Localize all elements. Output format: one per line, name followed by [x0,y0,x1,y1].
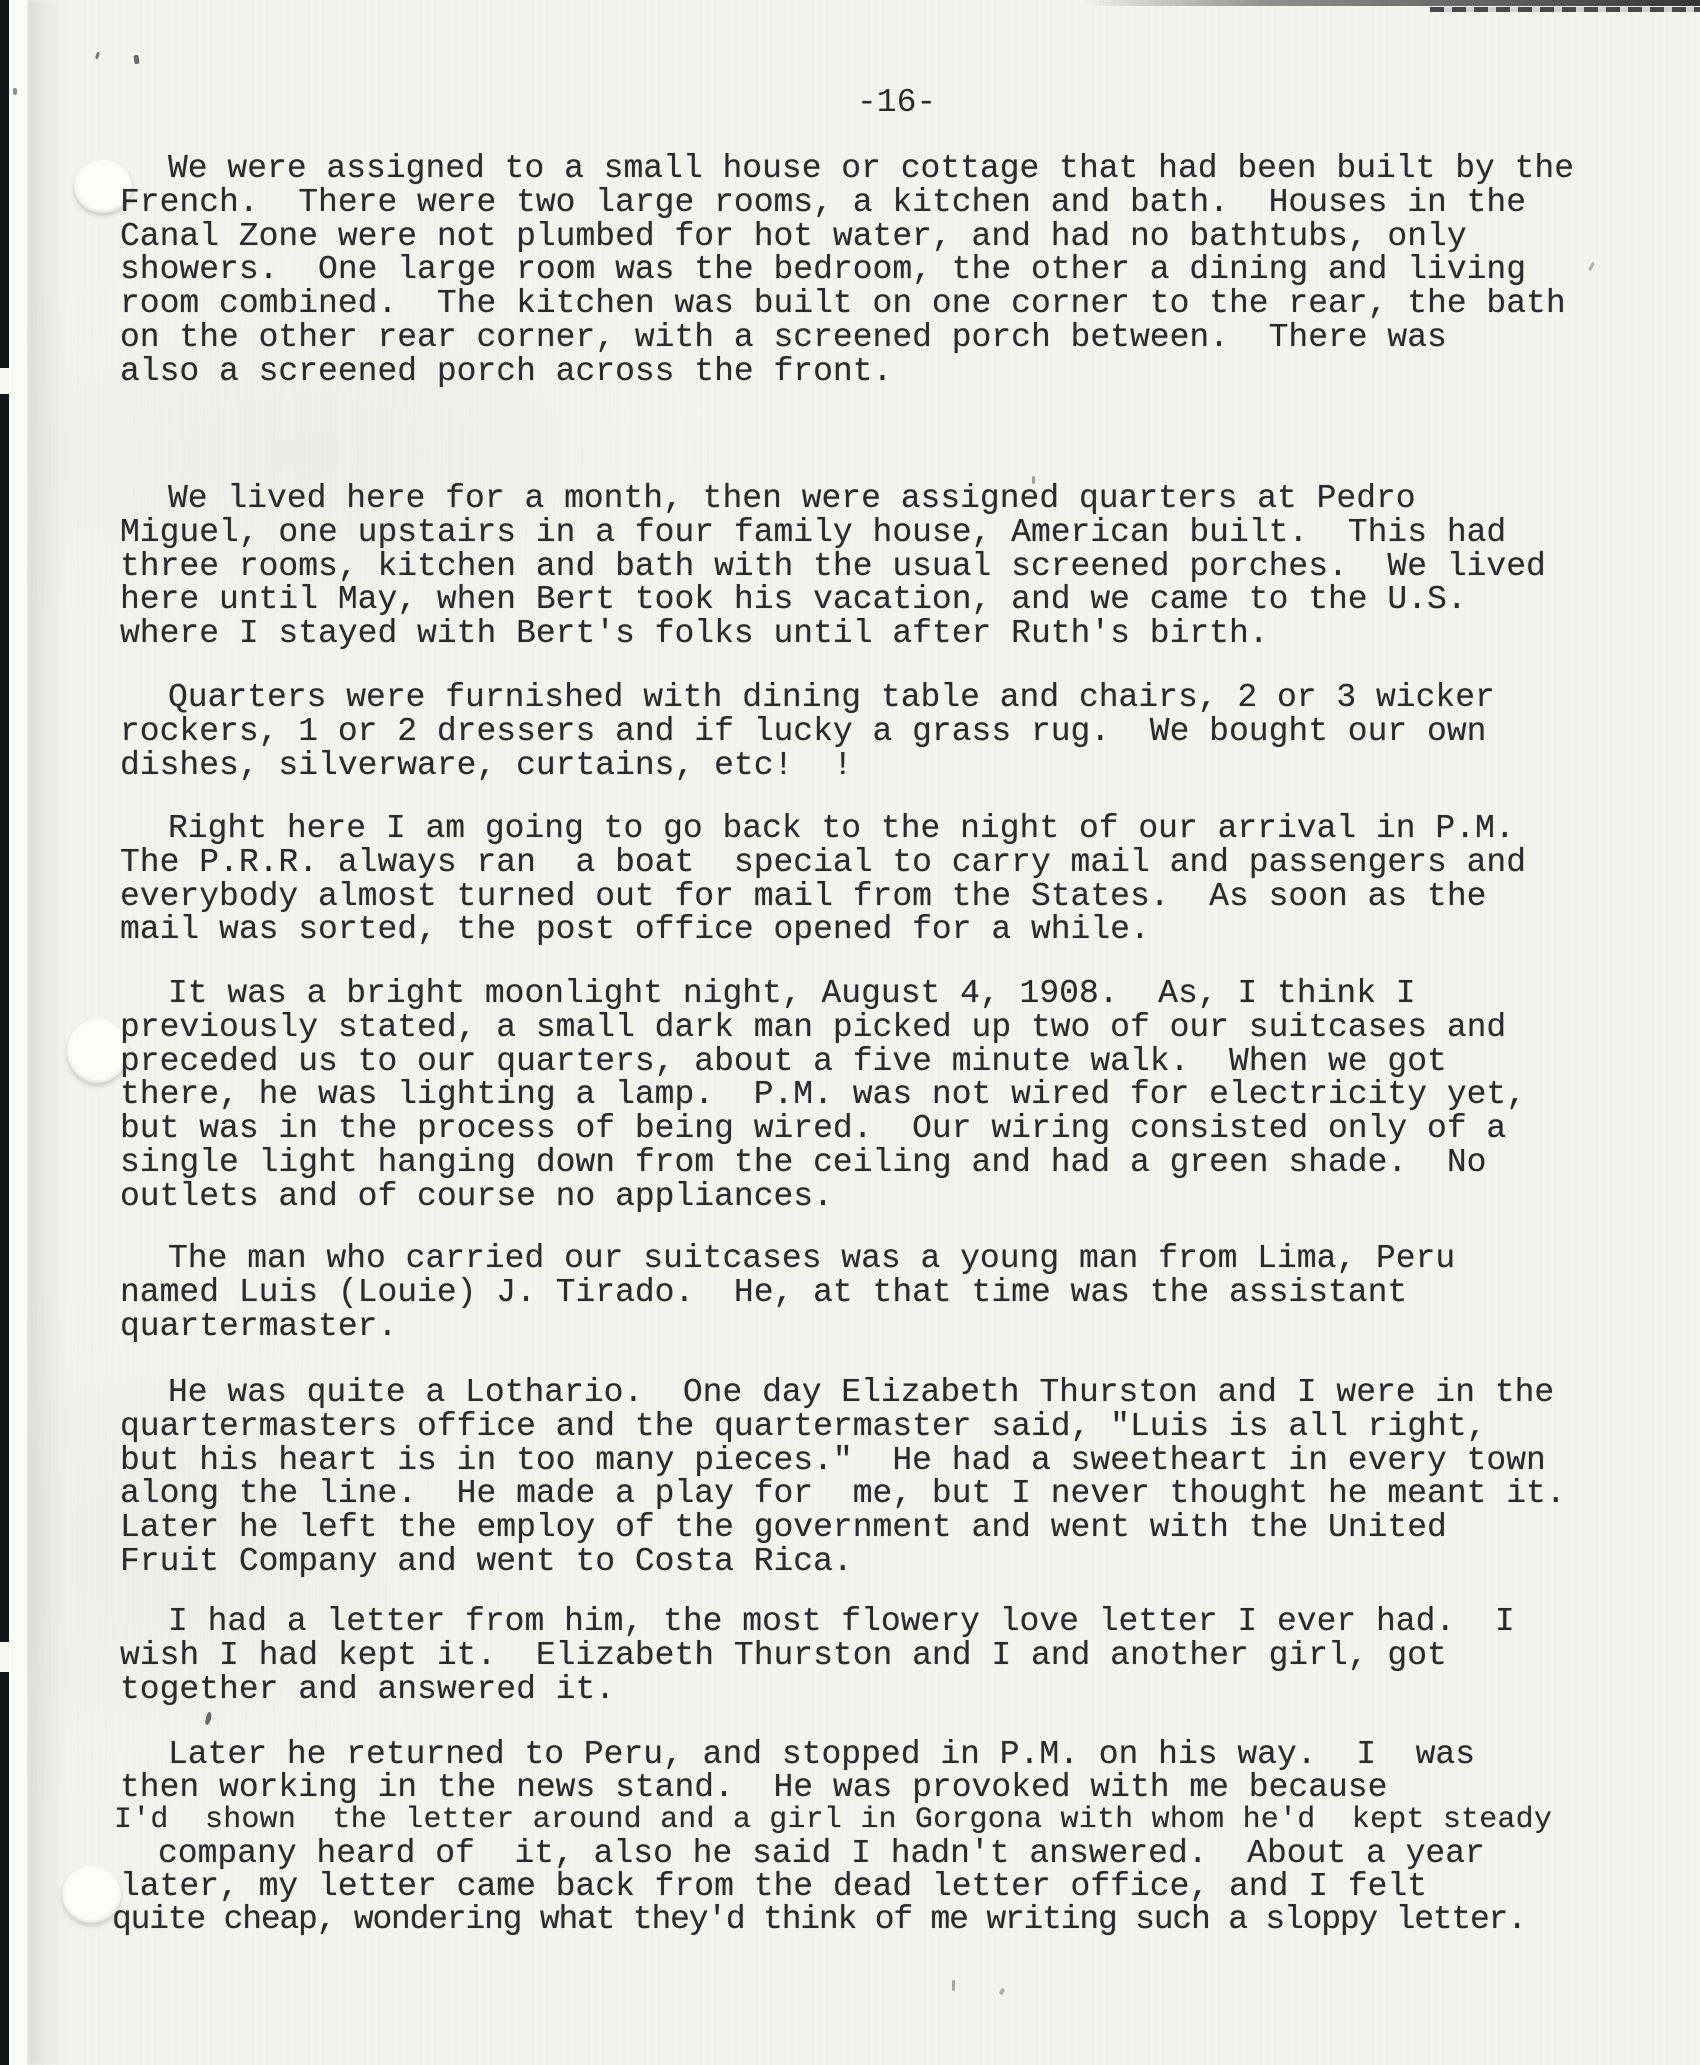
scan-streak [1430,7,1700,12]
text-line: room combined. The kitchen was built on … [120,287,1574,321]
scan-speck [205,1712,213,1726]
scan-speck [999,1987,1006,1995]
text-line: where I stayed with Bert's folks until a… [120,617,1546,651]
text-line: company heard of it, also he said I hadn… [120,1837,1552,1870]
text-line: wish I had kept it. Elizabeth Thurston a… [120,1639,1515,1673]
text-line: later, my letter came back from the dead… [120,1870,1552,1903]
paragraph-arrival-night: Right here I am going to go back to the … [120,812,1526,947]
scan-smudge [28,0,70,2065]
text-line: previously stated, a small dark man pick… [120,1011,1526,1045]
text-line: together and answered it. [120,1673,1515,1707]
text-line: Canal Zone were not plumbed for hot wate… [120,220,1574,254]
scan-edge-gap [0,368,9,394]
text-line: three rooms, kitchen and bath with the u… [120,550,1546,584]
text-line: We were assigned to a small house or cot… [120,152,1574,186]
paragraph-lothario: He was quite a Lothario. One day Elizabe… [120,1376,1566,1579]
text-line: It was a bright moonlight night, August … [120,977,1526,1011]
text-line: on the other rear corner, with a screene… [120,321,1574,355]
text-line: rockers, 1 or 2 dressers and if lucky a … [120,715,1495,749]
text-line: Fruit Company and went to Costa Rica. [120,1545,1566,1579]
paragraph-return-to-peru: Later he returned to Peru, and stopped i… [120,1738,1552,1936]
scan-edge-gap [0,1642,9,1672]
text-line: named Luis (Louie) J. Tirado. He, at tha… [120,1276,1455,1310]
text-line: He was quite a Lothario. One day Elizabe… [120,1376,1566,1410]
text-line: but was in the process of being wired. O… [120,1112,1526,1146]
text-line: preceded us to our quarters, about a fiv… [120,1045,1526,1079]
paragraph-quarters: Quarters were furnished with dining tabl… [120,681,1495,782]
text-line: Later he returned to Peru, and stopped i… [120,1738,1552,1771]
scan-edge-margin [9,0,27,2065]
text-line: The P.R.R. always ran a boat special to … [120,846,1526,880]
text-line: quite cheap, wondering what they'd think… [112,1903,1552,1936]
text-line: here until May, when Bert took his vacat… [120,583,1546,617]
text-line: French. There were two large rooms, a ki… [120,186,1574,220]
paragraph-love-letter: I had a letter from him, the most flower… [120,1605,1515,1706]
text-line: but his heart is in too many pieces." He… [120,1444,1566,1478]
text-line: outlets and of course no appliances. [120,1180,1526,1214]
text-line: Quarters were furnished with dining tabl… [120,681,1495,715]
paragraph-tirado: The man who carried our suitcases was a … [120,1242,1455,1343]
text-line: there, he was lighting a lamp. P.M. was … [120,1078,1526,1112]
text-line: Right here I am going to go back to the … [120,812,1526,846]
paragraph-housing: We were assigned to a small house or cot… [120,152,1574,389]
punch-hole [67,1019,128,1083]
text-line: I had a letter from him, the most flower… [120,1605,1515,1639]
text-line: everybody almost turned out for mail fro… [120,880,1526,914]
scan-edge-bar [0,0,9,2065]
scan-speck [952,1980,955,1991]
text-line: showers. One large room was the bedroom,… [120,253,1574,287]
text-line: dishes, silverware, curtains, etc! ! [120,749,1495,783]
paragraph-moonlight-night: It was a bright moonlight night, August … [120,977,1526,1214]
text-line: The man who carried our suitcases was a … [120,1242,1455,1276]
text-line: single light hanging down from the ceili… [120,1146,1526,1180]
scan-speck [1588,262,1595,271]
text-line: Miguel, one upstairs in a four family ho… [120,516,1546,550]
text-line: I'd shown the letter around and a girl i… [114,1804,1552,1837]
scan-speck [95,52,100,60]
scan-streak [1080,0,1700,6]
text-line: also a screened porch across the front. [120,355,1574,389]
text-line: then working in the news stand. He was p… [120,1771,1552,1804]
text-line: We lived here for a month, then were ass… [120,482,1546,516]
text-line: mail was sorted, the post office opened … [120,913,1526,947]
scan-speck [13,88,17,95]
text-line: quartermaster. [120,1310,1455,1344]
page-number: -16- [857,84,936,121]
text-line: quartermasters office and the quartermas… [120,1410,1566,1444]
scanned-document-page: -16- We were assigned to a small house o… [0,0,1700,2065]
text-line: along the line. He made a play for me, b… [120,1477,1566,1511]
text-line: Later he left the employ of the governme… [120,1511,1566,1545]
scan-speck [133,55,139,65]
paragraph-pedro-miguel: We lived here for a month, then were ass… [120,482,1546,651]
